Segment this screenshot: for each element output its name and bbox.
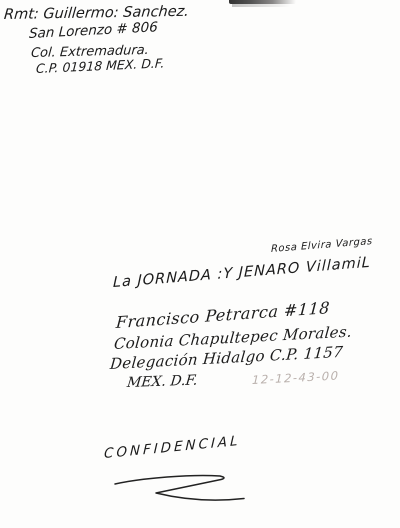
confidential-label: CONFIDENCIAL xyxy=(104,435,241,462)
sender-street-line: San Lorenzo # 806 xyxy=(29,21,158,41)
scan-smudge-faint xyxy=(232,4,290,7)
envelope-scan: Rmt: Guillermo: Sanchez. San Lorenzo # 8… xyxy=(0,0,400,528)
recipient-attention-line: Rosa Elvira Vargas xyxy=(271,237,373,255)
sender-postal-line: C.P. 01918 MEX. D.F. xyxy=(36,57,165,75)
faint-phone-number: 12-12-43-00 xyxy=(252,370,340,386)
sender-name-line: Rmt: Guillermo: Sanchez. xyxy=(3,5,189,23)
recipient-city-line: MEX. D.F. xyxy=(126,374,198,391)
recipient-addressee-line: La JORNADA :Y JENARO VillamiL xyxy=(113,256,371,291)
signature-flourish xyxy=(92,467,267,512)
